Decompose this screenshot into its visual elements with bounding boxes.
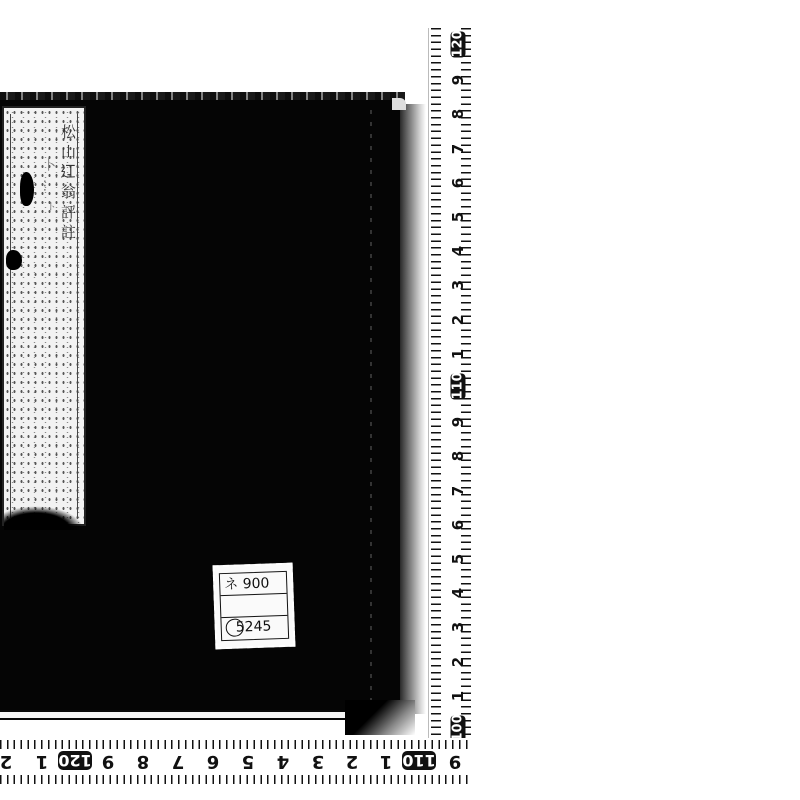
- sticker-number: 5245: [235, 619, 271, 636]
- ruler-label: 2: [449, 311, 467, 329]
- cover-right-edge-shadow: [400, 104, 426, 714]
- ruler-label: 3: [449, 618, 467, 636]
- ruler-label: 4: [272, 751, 294, 772]
- ruler-label: 120: [58, 751, 92, 770]
- ruler-label: 7: [449, 140, 467, 158]
- ruler-label: 4: [449, 584, 467, 602]
- sticker-row-blank: [221, 594, 288, 618]
- title-slip-subtext: 卜…ㇳ: [38, 158, 57, 221]
- ruler-label: 3: [449, 276, 467, 294]
- ruler-label: 1: [449, 687, 467, 705]
- ruler-label: 120: [451, 32, 466, 58]
- ruler-label: 6: [202, 751, 224, 772]
- ruler-label: 1: [31, 751, 53, 772]
- ruler-label: 8: [449, 105, 467, 123]
- title-slip: 松山𫟧翁評註 卜…ㇳ: [2, 106, 86, 526]
- cover-bottom-shadow: [345, 700, 415, 735]
- title-slip-text: 松山𫟧翁評註: [58, 124, 79, 244]
- ruler-label: 7: [449, 482, 467, 500]
- vertical-ruler: 120987654321110987654321100: [428, 28, 473, 740]
- ruler-label: 6: [449, 516, 467, 534]
- ruler-label: 5: [237, 751, 259, 772]
- ruler-label: 7: [167, 751, 189, 772]
- sticker-row-classification: ネ 900: [220, 572, 287, 596]
- ruler-label: 8: [449, 447, 467, 465]
- ruler-ticks: [0, 740, 470, 749]
- ruler-label: 9: [449, 71, 467, 89]
- ruler-label: 9: [97, 751, 119, 772]
- ink-blot: [6, 250, 22, 270]
- cover-top-edge: [0, 92, 405, 100]
- ruler-ticks: [431, 28, 441, 740]
- ruler-label: 8: [132, 751, 154, 772]
- ruler-label: 2: [449, 653, 467, 671]
- ruler-label: 1: [449, 345, 467, 363]
- ruler-label: 6: [449, 174, 467, 192]
- title-slip-rule-left: [10, 114, 11, 518]
- ruler-label: 4: [449, 242, 467, 260]
- ruler-label: 5: [449, 208, 467, 226]
- library-sticker: ネ 900 5245: [213, 563, 296, 650]
- ruler-label: 3: [307, 751, 329, 772]
- spine-stitching: [370, 110, 372, 710]
- horizontal-ruler: 211209876543211109: [0, 738, 470, 786]
- ink-blot: [20, 172, 34, 206]
- ruler-label: 110: [402, 751, 436, 770]
- ruler-label: 9: [444, 751, 466, 772]
- ruler-label: 1: [375, 751, 397, 772]
- ruler-label: 9: [449, 413, 467, 431]
- cover-bottom-strip: [0, 712, 345, 718]
- ruler-label: 2: [341, 751, 363, 772]
- ruler-label: 5: [449, 550, 467, 568]
- sticker-row-number: 5245: [221, 615, 288, 639]
- ruler-ticks: [0, 775, 470, 784]
- ruler-label: 2: [0, 751, 17, 772]
- cover-corner: [392, 98, 406, 110]
- ruler-label: 110: [451, 374, 466, 400]
